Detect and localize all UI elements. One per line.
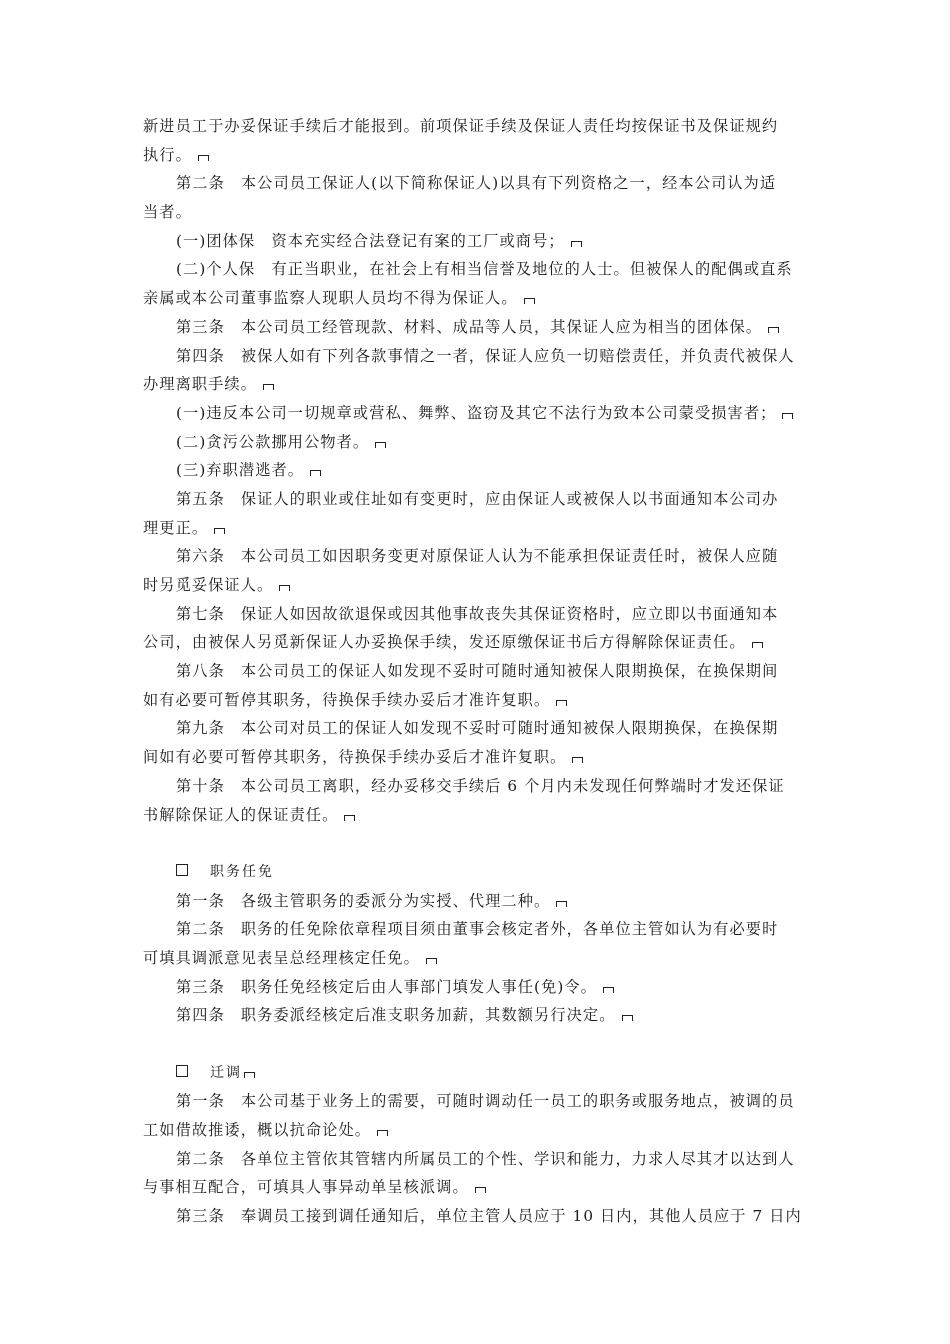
paragraph-mark-icon <box>198 155 209 161</box>
paragraph-mark-icon <box>310 470 321 476</box>
article-number: 第三条 <box>176 318 225 336</box>
clause-item: (三)弃职潜逃者。 <box>143 456 807 485</box>
article-5: 第五条保证人的职业或住址如有变更时，应由保证人或被保人以书面通知本公司办 <box>143 485 807 514</box>
clause-item: (二)贪污公款挪用公物者。 <box>143 428 807 457</box>
article-number: 第九条 <box>176 719 225 737</box>
paragraph-mark-icon <box>214 528 225 534</box>
article-number: 第七条 <box>176 605 225 623</box>
article-2: 第二条各单位主管依其管辖内所属员工的个性、学识和能力，力求人尽其才以达到人 <box>143 1145 807 1174</box>
paragraph-mark-icon <box>375 442 386 448</box>
paragraph-mark-icon <box>572 757 583 763</box>
paragraph-mark-icon <box>475 1187 486 1193</box>
paragraph-mark-icon <box>752 642 763 648</box>
paragraph-mark-icon <box>263 384 274 390</box>
checkbox-square-icon <box>176 1065 188 1077</box>
article-9: 第九条本公司对员工的保证人如发现不妥时可随时通知被保人限期换保，在换保期 <box>143 714 807 743</box>
paragraph-line: 工如借故推诿，概以抗命论处。 <box>143 1116 807 1145</box>
article-4: 第四条被保人如有下列各款事情之一者，保证人应负一切赔偿责任，并负责代被保人 <box>143 342 807 371</box>
paragraph-line: 当者。 <box>143 198 807 227</box>
article-number: 第六条 <box>176 547 225 565</box>
paragraph-line: 时另觅妥保证人。 <box>143 571 807 600</box>
paragraph-line: 如有必要可暂停其职务，待换保手续办妥后才准许复职。 <box>143 686 807 715</box>
paragraph-mark-icon <box>603 987 614 993</box>
section-spacer <box>143 1030 807 1059</box>
section-heading: 职务任免 <box>143 858 807 887</box>
paragraph-mark-icon <box>279 585 290 591</box>
paragraph-mark-icon <box>782 413 793 419</box>
paragraph-line: 间如有必要可暂停其职务，待换保手续办妥后才准许复职。 <box>143 743 807 772</box>
article-number: 第三条 <box>176 978 225 996</box>
article-7: 第七条保证人如因故欲退保或因其他事故丧失其保证资格时，应立即以书面通知本 <box>143 600 807 629</box>
appointment-section: 职务任免 第一条各级主管职务的委派分为实授、代理二种。 第二条职务的任免除依章程… <box>143 858 807 1030</box>
clause-item: (一)违反本公司一切规章或营私、舞弊、盗窃及其它不法行为致本公司蒙受损害者； <box>143 399 807 428</box>
checkbox-square-icon <box>176 864 188 876</box>
article-3: 第三条职务任免经核定后由人事部门填发人事任(免)令。 <box>143 973 807 1002</box>
paragraph-line: 与事相互配合，可填具人事异动单呈核派调。 <box>143 1173 807 1202</box>
paragraph-mark-icon <box>622 1015 633 1021</box>
paragraph-mark-icon <box>244 1072 255 1078</box>
paragraph-line: 执行。 <box>143 141 807 170</box>
paragraph-line: 新进员工于办妥保证手续后才能报到。前项保证手续及保证人责任均按保证书及保证规约 <box>143 112 807 141</box>
section-heading: 迁调 <box>143 1059 807 1088</box>
article-3: 第三条奉调员工接到调任通知后，单位主管人员应于 10 日内，其他人员应于 7 日… <box>143 1202 807 1231</box>
paragraph-mark-icon <box>768 327 779 333</box>
paragraph-mark-icon <box>426 958 437 964</box>
article-8: 第八条本公司员工的保证人如发现不妥时可随时通知被保人限期换保，在换保期间 <box>143 657 807 686</box>
paragraph-line: 书解除保证人的保证责任。 <box>143 801 807 830</box>
article-3: 第三条本公司员工经管现款、材料、成品等人员，其保证人应为相当的团体保。 <box>143 313 807 342</box>
article-number: 第八条 <box>176 662 225 680</box>
article-number: 第三条 <box>176 1207 225 1225</box>
paragraph-line: 可填具调派意见表呈总经理核定任免。 <box>143 944 807 973</box>
article-number: 第二条 <box>176 920 225 938</box>
article-number: 第十条 <box>176 777 225 795</box>
clause-item: (一)团体保 资本充实经合法登记有案的工厂或商号； <box>143 227 807 256</box>
article-number: 第一条 <box>176 1092 225 1110</box>
article-10: 第十条本公司员工离职，经办妥移交手续后 6 个月内未发现任何弊端时才发还保证 <box>143 772 807 801</box>
paragraph-line: 公司，由被保人另觅新保证人办妥换保手续，发还原缴保证书后方得解除保证责任。 <box>143 628 807 657</box>
paragraph-line: 理更正。 <box>143 514 807 543</box>
paragraph-mark-icon <box>377 1130 388 1136</box>
paragraph-line: 办理离职手续。 <box>143 370 807 399</box>
article-number: 第四条 <box>176 1006 225 1024</box>
paragraph-mark-icon <box>556 700 567 706</box>
article-2: 第二条职务的任免除依章程项目须由董事会核定者外，各单位主管如认为有必要时 <box>143 915 807 944</box>
document-page: 新进员工于办妥保证手续后才能报到。前项保证手续及保证人责任均按保证书及保证规约 … <box>143 112 807 1231</box>
paragraph-mark-icon <box>571 241 582 247</box>
article-number: 第二条 <box>176 174 225 192</box>
paragraph-line: 亲属或本公司董事监察人现职人员均不得为保证人。 <box>143 284 807 313</box>
article-1: 第一条各级主管职务的委派分为实授、代理二种。 <box>143 887 807 916</box>
transfer-section: 迁调 第一条本公司基于业务上的需要，可随时调动任一员工的职务或服务地点，被调的员… <box>143 1059 807 1231</box>
article-number: 第一条 <box>176 892 225 910</box>
article-number: 第五条 <box>176 490 225 508</box>
paragraph-mark-icon <box>556 901 567 907</box>
section-spacer <box>143 829 807 858</box>
article-number: 第四条 <box>176 347 225 365</box>
clause-item: (二)个人保 有正当职业，在社会上有相当信誉及地位的人士。但被保人的配偶或直系 <box>143 255 807 284</box>
article-number: 第二条 <box>176 1150 225 1168</box>
article-6: 第六条本公司员工如因职务变更对原保证人认为不能承担保证责任时，被保人应随 <box>143 542 807 571</box>
article-4: 第四条职务委派经核定后准支职务加薪，其数额另行决定。 <box>143 1001 807 1030</box>
guarantee-section: 新进员工于办妥保证手续后才能报到。前项保证手续及保证人责任均按保证书及保证规约 … <box>143 112 807 829</box>
paragraph-mark-icon <box>524 298 535 304</box>
paragraph-mark-icon <box>344 815 355 821</box>
article-2: 第二条本公司员工保证人(以下简称保证人)以具有下列资格之一，经本公司认为适 <box>143 169 807 198</box>
article-1: 第一条本公司基于业务上的需要，可随时调动任一员工的职务或服务地点，被调的员 <box>143 1087 807 1116</box>
